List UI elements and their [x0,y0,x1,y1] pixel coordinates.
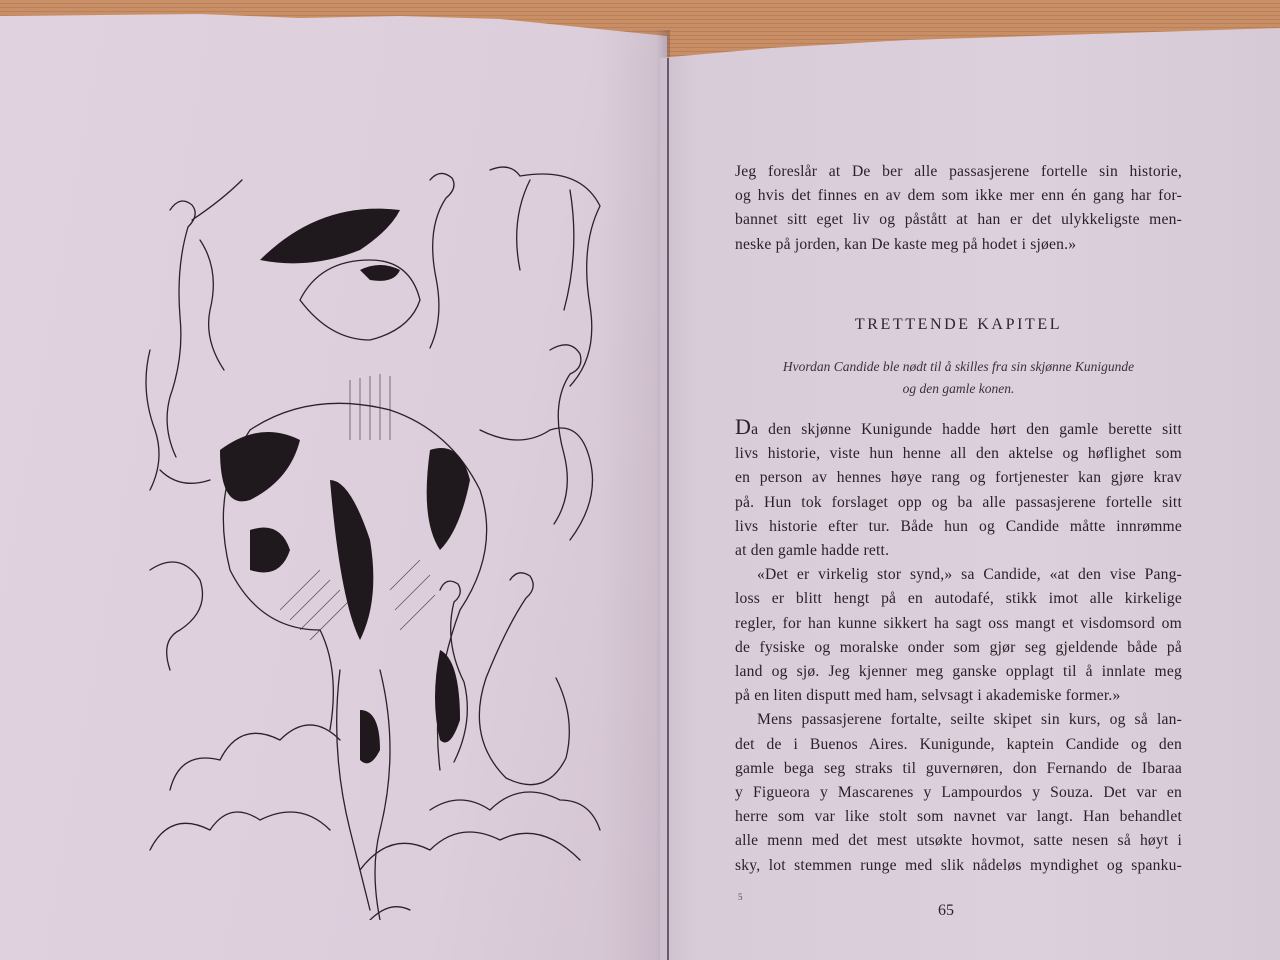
text-line: det de i Buenos Aires. Kunigunde, kaptei… [735,733,1182,757]
chapter-body: Da den skjønne Kunigunde hadde hørt den … [735,416,1182,878]
text-line: livs historie, viste hun henne all den a… [735,442,1182,466]
text-line: «Det er virkelig stor synd,» sa Candide,… [735,563,1182,587]
page-curl-shadow [600,30,670,960]
book-gutter [667,58,669,960]
text-line: på en liten disputt med ham, selvsagt i … [735,684,1182,708]
text-line: Da den skjønne Kunigunde hadde hørt den … [735,416,1182,442]
text-line: gamle bega seg straks til guvernøren, do… [735,757,1182,781]
text-line: sky, lot stemmen runge med slik nådeløs … [735,854,1182,878]
opening-paragraph: Jeg foreslår at De ber alle passasjerene… [735,160,1182,257]
text-line: alle menn med det mest utsøkte hovmot, s… [735,829,1182,853]
text-line: en person av hennes høye rang og fortjen… [735,466,1182,490]
chapter-title: TRETTENDE KAPITEL [735,316,1182,334]
text-line: og hvis det finnes en av dem som ikke me… [735,184,1182,208]
drop-cap: D [735,414,751,439]
text-line: Jeg foreslår at De ber alle passasjerene… [735,160,1182,184]
text-line: neske på jorden, kan De kaste meg på hod… [735,233,1182,257]
subtitle-line: Hvordan Candide ble nødt til å skilles f… [735,356,1182,378]
chapter-subtitle: Hvordan Candide ble nødt til å skilles f… [735,356,1182,400]
text-line: Mens passasjerene fortalte, seilte skipe… [735,708,1182,732]
text-line: land og sjø. Jeg kjenner meg ganske oppl… [735,660,1182,684]
text-line: loss er blitt hengt på en autodafé, stik… [735,587,1182,611]
text-line: på. Hun tok forslaget opp og ba alle pas… [735,491,1182,515]
text-line: regler, for han kunne sikkert ha sagt os… [735,612,1182,636]
text-line: herre som var like stolt som navnet var … [735,805,1182,829]
illustration-gentleman-tricorn [130,150,630,920]
text-line: livs historie efter tur. Både hun og Can… [735,515,1182,539]
text-line: y Figueora y Mascarenes y Lampourdos y S… [735,781,1182,805]
text-line: at den gamle hadde rett. [735,539,1182,563]
signature-mark: 5 [738,892,743,902]
subtitle-line: og den gamle konen. [735,378,1182,400]
text-line: de fysiske og moralske onder som gjør se… [735,636,1182,660]
page-number: 65 [938,902,954,920]
text-line: bannet sitt eget liv og påstått at han e… [735,208,1182,232]
